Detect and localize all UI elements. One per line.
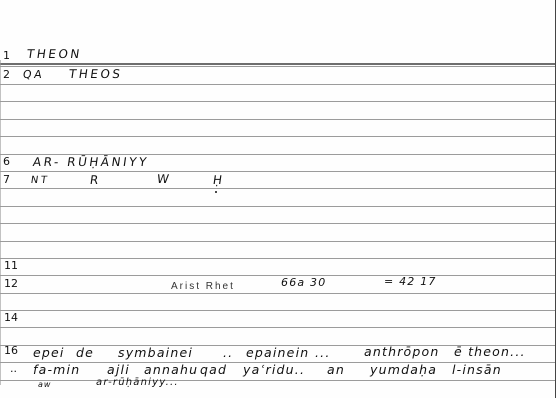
arabic-word: l-insān — [452, 362, 502, 377]
rule-line — [0, 223, 556, 224]
line-number: 16 — [4, 344, 18, 357]
arabic-word: qad — [200, 362, 227, 377]
rule-line — [0, 188, 556, 189]
header-rule — [0, 63, 556, 65]
line-marker: .. — [10, 362, 17, 375]
index-card: 1 THEON 2 QA THEOS 6 AR- RŪḤĀNIYY 7 NT R… — [0, 0, 560, 398]
line-number: 11 — [4, 259, 18, 272]
card-right-edge — [555, 0, 556, 398]
arabic-word: fa-min — [33, 362, 80, 377]
gloss-left: aw — [38, 380, 51, 389]
arabic-word: yumdaḥa — [370, 362, 437, 377]
arabic-word: an — [327, 362, 345, 377]
line-number: 12 — [4, 277, 18, 290]
reference-equals: = 42 17 — [384, 275, 437, 288]
greek-word: .. — [223, 345, 233, 360]
entry-theos: THEOS — [68, 67, 123, 81]
rule-line — [0, 119, 556, 120]
root-letter: Ḥ — [212, 173, 225, 187]
arabic-word: annahu — [144, 362, 198, 377]
entry-theon: THEON — [26, 47, 83, 61]
rule-line — [0, 293, 556, 294]
card-left-edge — [0, 60, 1, 385]
reference-source: Arist Rhet — [171, 281, 235, 292]
root-letter: NT — [30, 175, 50, 186]
rule-line — [0, 380, 556, 381]
line-number: 1 — [3, 49, 10, 62]
reference-locus: 66a 30 — [281, 276, 326, 289]
gloss-right: ar-rūḥāniyy... — [96, 377, 179, 388]
greek-word: epainein — [246, 345, 309, 360]
dot-below — [215, 191, 217, 193]
rule-line — [0, 206, 556, 207]
greek-word: symbainei — [118, 345, 193, 360]
rule-line — [0, 258, 556, 259]
greek-word: epei — [33, 345, 65, 360]
rule-line — [0, 136, 556, 137]
line-number: 2 — [3, 68, 10, 81]
line-number: 6 — [3, 155, 10, 168]
rule-line — [0, 171, 556, 172]
arabic-word: ajli — [107, 362, 130, 377]
entry-ar-ruhaniyy: AR- RŪḤĀNIYY — [32, 155, 150, 169]
root-letter: W — [156, 172, 172, 186]
rule-line — [0, 275, 556, 276]
greek-word: ... — [315, 345, 331, 360]
arabic-word: yaʿridu.. — [243, 362, 305, 377]
line-number: 7 — [3, 173, 10, 186]
rule-line — [0, 327, 556, 328]
greek-word: anthrōpon — [364, 344, 440, 359]
rule-line — [0, 310, 556, 311]
root-letter: R — [89, 173, 102, 187]
rule-line — [0, 241, 556, 242]
greek-word: de — [76, 345, 94, 360]
line-number: 14 — [4, 311, 18, 324]
entry-qa: QA — [22, 68, 45, 81]
rule-line — [0, 84, 556, 85]
greek-word: ē theon... — [454, 344, 526, 359]
rule-line — [0, 101, 556, 102]
